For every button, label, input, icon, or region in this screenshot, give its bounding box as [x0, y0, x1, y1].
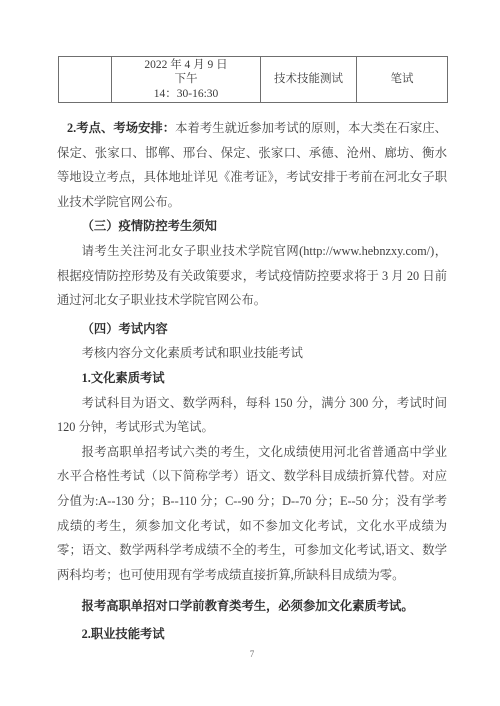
paragraph-culture-exam-subjects: 考试科目为语文、数学两科，每科 150 分，满分 300 分，考试时间 120 …: [57, 391, 447, 440]
paragraph-epidemic-notice: 请考生关注河北女子职业技术学院官网(http://www.hebnzxy.com…: [57, 239, 447, 313]
paragraph-exam-content-intro: 考核内容分文化素质考试和职业技能考试: [57, 341, 447, 366]
schedule-cell-datetime: 2022 年 4 月 9 日 下午 14：30-16:30: [112, 57, 261, 103]
schedule-cell-format: 笔试: [357, 57, 448, 103]
document-page: 2022 年 4 月 9 日 下午 14：30-16:30 技术技能测试 笔试 …: [0, 0, 500, 706]
paragraph-exam-sites: 2.考点、考场安排：本着考生就近参加考试的原则，本大类在石家庄、保定、张家口、邯…: [57, 116, 447, 214]
paragraph-culture-score-conversion: 报考高职单招考试六类的考生，文化成绩使用河北省普通高中学业水平合格性考试（以下简…: [57, 440, 447, 588]
exam-sites-label: 2.考点、考场安排：: [67, 121, 175, 135]
schedule-period: 下午: [112, 72, 260, 87]
section-heading-epidemic: （三）疫情防控考生须知: [57, 214, 447, 239]
subheading-skill-exam: 2.职业技能考试: [57, 622, 447, 647]
section-heading-exam-content: （四）考试内容: [57, 317, 447, 342]
subheading-culture-exam: 1.文化素质考试: [57, 366, 447, 391]
exam-schedule-table: 2022 年 4 月 9 日 下午 14：30-16:30 技术技能测试 笔试: [58, 56, 448, 103]
document-content: 2022 年 4 月 9 日 下午 14：30-16:30 技术技能测试 笔试 …: [0, 0, 500, 660]
table-row: 2022 年 4 月 9 日 下午 14：30-16:30 技术技能测试 笔试: [59, 57, 448, 103]
schedule-cell-empty: [59, 57, 112, 103]
paragraph-preschool-requirement: 报考高职单招对口学前教育类考生，必须参加文化素质考试。: [57, 594, 447, 619]
schedule-cell-subject: 技术技能测试: [261, 57, 357, 103]
page-number: 7: [57, 648, 447, 660]
schedule-date: 2022 年 4 月 9 日: [112, 58, 260, 73]
schedule-time: 14：30-16:30: [112, 87, 260, 102]
